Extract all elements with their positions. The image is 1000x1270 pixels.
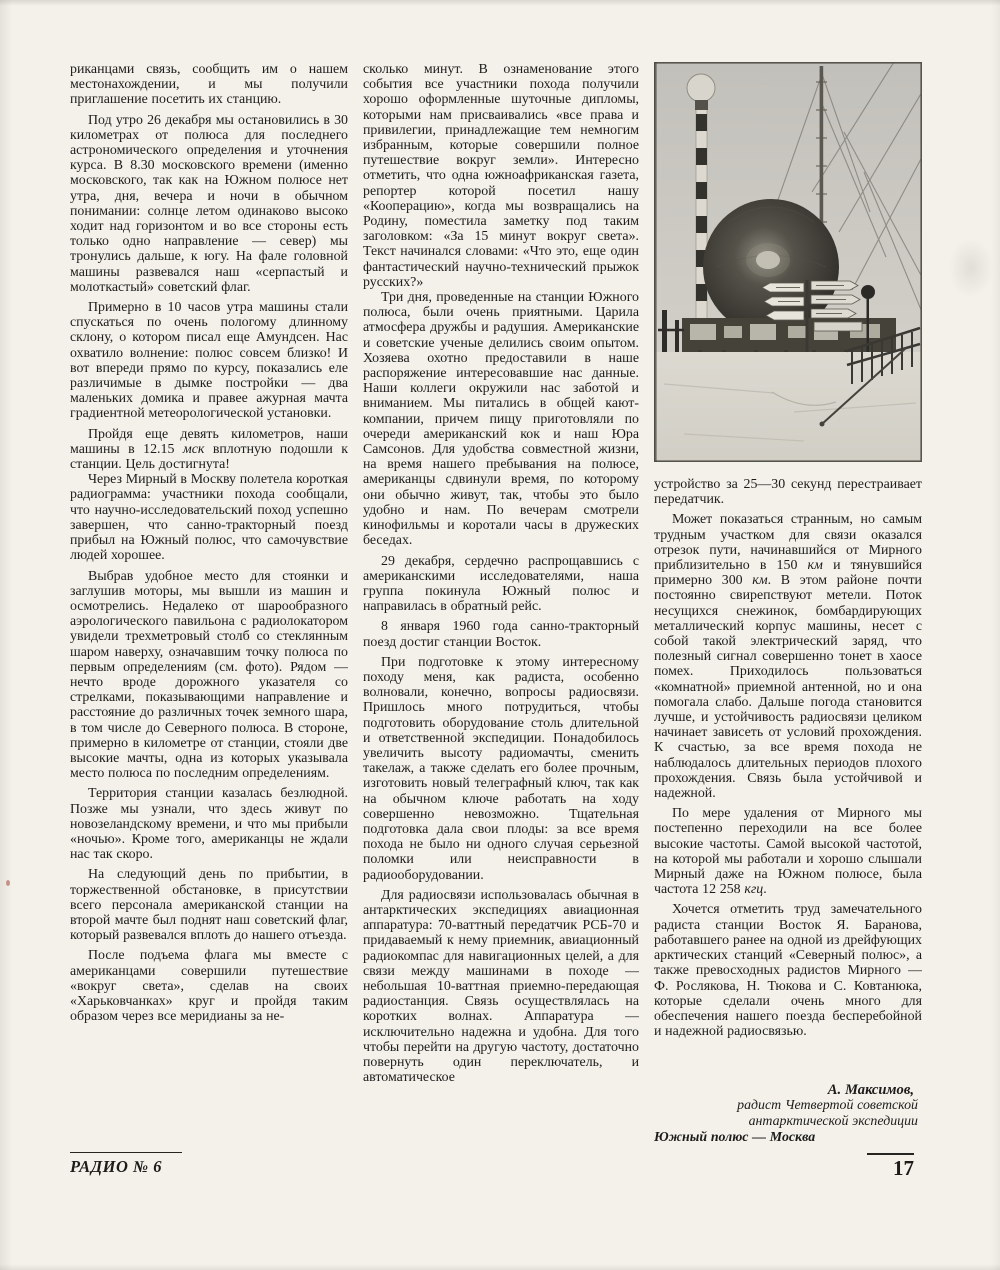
column-3: устройство за 25—30 секунд перестраивает… bbox=[654, 62, 922, 1146]
paragraph: При подготовке к этому интересному поход… bbox=[363, 655, 639, 883]
paragraph-segment-italic: км bbox=[808, 558, 823, 573]
paragraph: Под утро 26 декабря мы остановились в 30… bbox=[70, 113, 348, 295]
scan-smudge bbox=[948, 238, 994, 298]
paragraph: риканцами связь, сообщить им о нашем мес… bbox=[70, 62, 348, 108]
magazine-page: риканцами связь, сообщить им о нашем мес… bbox=[0, 0, 1000, 1270]
footer-journal-title: РАДИО № 6 bbox=[70, 1152, 182, 1177]
station-photo bbox=[654, 62, 922, 462]
paragraph-segment: . bbox=[763, 882, 766, 897]
paragraph: После подъема флага мы вместе с американ… bbox=[70, 948, 348, 1024]
paragraph: Выбрав удобное место для стоянки и заглу… bbox=[70, 569, 348, 782]
article-columns: риканцами связь, сообщить им о нашем мес… bbox=[70, 62, 922, 1146]
paragraph: устройство за 25—30 секунд перестраивает… bbox=[654, 477, 922, 507]
author-name: А. Максимов, bbox=[654, 1082, 922, 1098]
paragraph: Для радиосвязи использовалась обычная в … bbox=[363, 888, 639, 1086]
paragraph: Примерно в 10 часов утра машины стали сп… bbox=[70, 300, 348, 422]
author-role-line-2: антарктической экспедиции bbox=[654, 1114, 922, 1130]
paragraph: Территория станции казалась безлюдной. П… bbox=[70, 786, 348, 862]
paragraph: 8 января 1960 года санно-тракторный поез… bbox=[363, 619, 639, 649]
paragraph-segment-italic: мск bbox=[183, 442, 205, 457]
paragraph: На следующий день по прибытии, в торжест… bbox=[70, 867, 348, 943]
paragraph: Хочется отметить труд замечательного рад… bbox=[654, 902, 922, 1039]
paragraph: Может показаться странным, но самым труд… bbox=[654, 512, 922, 801]
paragraph: 29 декабря, сердечно распрощавшись с аме… bbox=[363, 554, 639, 615]
paragraph: Пройдя еще девять километров, наши машин… bbox=[70, 427, 348, 473]
paragraph: сколько минут. В ознаменование этого соб… bbox=[363, 62, 639, 290]
column-2: сколько минут. В ознаменование этого соб… bbox=[363, 62, 639, 1140]
paragraph: По мере удаления от Мирного мы постепенн… bbox=[654, 806, 922, 897]
signature-block: А. Максимов, радист Четвертой советской … bbox=[654, 1082, 922, 1146]
author-route: Южный полюс — Москва bbox=[654, 1130, 922, 1146]
paragraph: Через Мирный в Москву полетела короткая … bbox=[70, 472, 348, 563]
photo-left-edge bbox=[654, 62, 657, 462]
paragraph-segment: По мере удаления от Мирного мы постепенн… bbox=[654, 806, 922, 897]
column-3-text: устройство за 25—30 секунд перестраивает… bbox=[654, 477, 922, 1073]
footer-page-number: 17 bbox=[867, 1153, 914, 1181]
page-number-text: 17 bbox=[893, 1156, 914, 1180]
paragraph: Три дня, проведенные на станции Южного п… bbox=[363, 290, 639, 548]
column-1: риканцами связь, сообщить им о нашем мес… bbox=[70, 62, 348, 1140]
scan-speck bbox=[6, 880, 10, 886]
paragraph-segment-italic: кгц bbox=[744, 882, 763, 897]
paragraph-segment: . В этом районе почти постоянно свирепст… bbox=[654, 573, 922, 801]
paragraph-segment-italic: км bbox=[752, 573, 767, 588]
author-role-line-1: радист Четвертой советской bbox=[654, 1098, 922, 1114]
journal-title-text: РАДИО № 6 bbox=[70, 1157, 162, 1176]
